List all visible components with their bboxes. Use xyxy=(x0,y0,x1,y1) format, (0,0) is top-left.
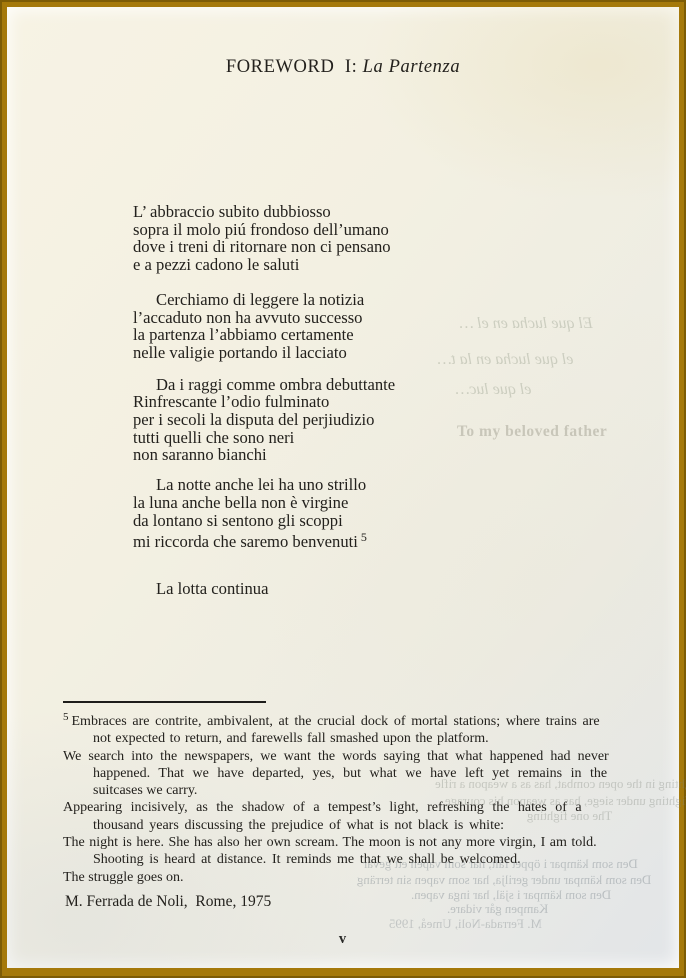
footnote-marker: 5 xyxy=(63,711,72,723)
footnote-line: Shooting is heard at distance. It remind… xyxy=(63,851,657,868)
footnote-line: not expected to return, and farewells fa… xyxy=(63,730,657,747)
footnote-line: The night is here. She has also her own … xyxy=(63,834,657,851)
bleed-swedish-line: Kampen går vidare. xyxy=(447,900,548,918)
footnote-block: 5Embraces are contrite, ambivalent, at t… xyxy=(63,709,657,886)
bleed-dedication: To my beloved father xyxy=(457,423,607,441)
closing-line: La lotta continua xyxy=(133,580,473,598)
footnote-line: suitcases we carry. xyxy=(63,782,657,799)
footnote-line: The struggle goes on. xyxy=(63,869,657,886)
footnote-line: We search into the newspapers, we want t… xyxy=(63,748,657,765)
foreword-label: FOREWORD I: xyxy=(226,57,358,77)
footnote-rule xyxy=(63,701,266,703)
footnote-line: thousand years discussing the prejudice … xyxy=(63,817,657,834)
poem-body: L’ abbraccio subito dubbiosso sopra il m… xyxy=(133,203,473,598)
stanza-2: Cerchiamo di leggere la notizia l’accadu… xyxy=(133,291,473,362)
footnote-line: Appearing incisively, as the shadow of a… xyxy=(63,799,657,816)
bleed-cursive-line: El que lucha en el … xyxy=(459,315,593,333)
line-with-footnote-ref: mi riccorda che saremo benvenuti5 xyxy=(133,529,473,551)
page-number: v xyxy=(7,931,679,948)
author-signature: M. Ferrada de Noli, Rome, 1975 xyxy=(65,893,271,911)
footnote-line: 5Embraces are contrite, ambivalent, at t… xyxy=(63,709,657,730)
scanned-page: El que lucha en el … el que lucha en la … xyxy=(7,7,679,968)
stanza-4: La notte anche lei ha uno strillo la lun… xyxy=(133,476,473,551)
page-title: FOREWORD I: La Partenza xyxy=(7,57,679,78)
stanza-1: L’ abbraccio subito dubbiosso sopra il m… xyxy=(133,203,473,274)
book-page-scan: { "title": { "label": "FOREWORD I:", "it… xyxy=(0,0,686,978)
footnote-reference: 5 xyxy=(358,530,367,544)
stanza-3: Da i raggi comme ombra debuttante Rinfre… xyxy=(133,376,473,465)
footnote-line: happened. That we have departed, yes, bu… xyxy=(63,765,657,782)
bleed-swedish-line: Den som kämpar i själ, har inga vapen. xyxy=(411,886,611,904)
poem-title: La Partenza xyxy=(363,57,461,77)
